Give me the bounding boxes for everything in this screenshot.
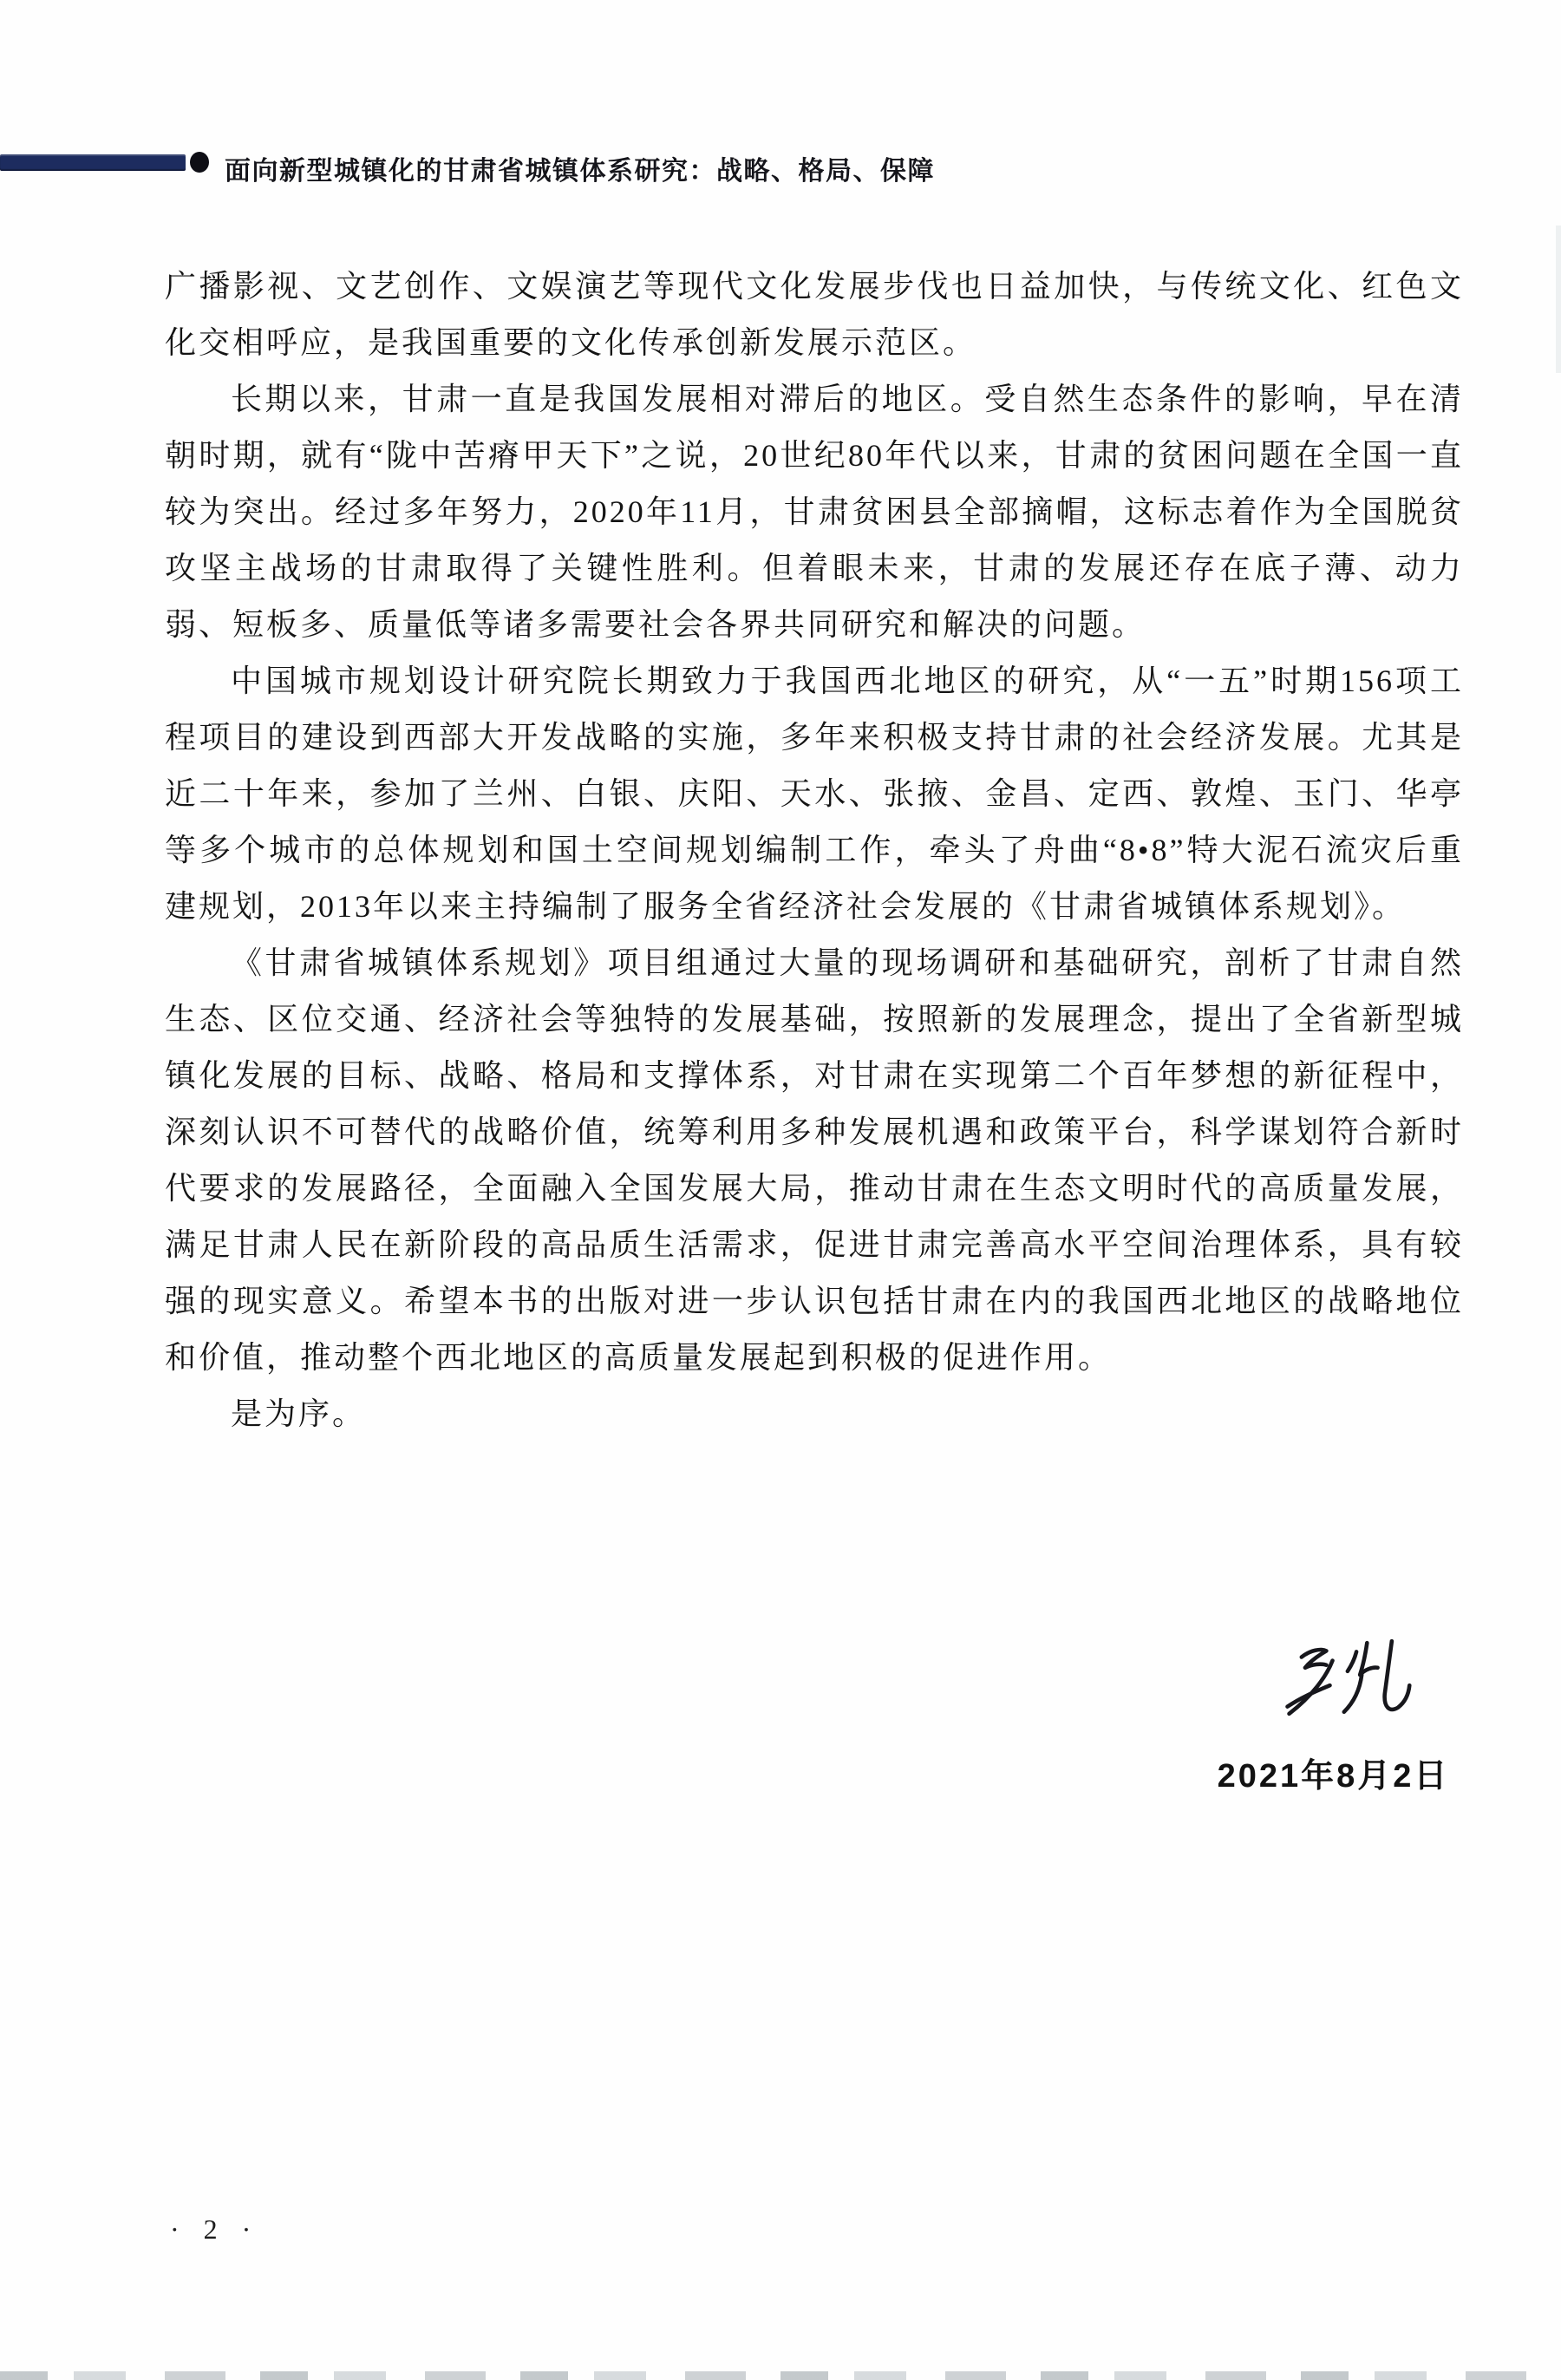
preface-body: 广播影视、文艺创作、文娱演艺等现代文化发展步伐也日益加快，与传统文化、红色文化交… xyxy=(165,258,1464,1442)
paragraph-2: 长期以来，甘肃一直是我国发展相对滞后的地区。受自然生态条件的影响，早在清朝时期，… xyxy=(165,371,1464,653)
signature-block xyxy=(1282,1634,1424,1723)
bullet-icon xyxy=(190,152,209,173)
paragraph-5: 是为序。 xyxy=(165,1386,1464,1442)
handwritten-signature-icon xyxy=(1282,1634,1424,1723)
paragraph-4: 《甘肃省城镇体系规划》项目组通过大量的现场调研和基础研究，剖析了甘肃自然生态、区… xyxy=(165,935,1464,1386)
document-page: 面向新型城镇化的甘肃省城镇体系研究：战略、格局、保障 广播影视、文艺创作、文娱演… xyxy=(0,0,1561,2380)
running-head-title: 面向新型城镇化的甘肃省城镇体系研究：战略、格局、保障 xyxy=(225,149,935,187)
scan-artifact-bottom-strip xyxy=(0,2371,1561,2380)
signature-date: 2021年8月2日 xyxy=(1210,1749,1457,1796)
page-header: 面向新型城镇化的甘肃省城镇体系研究：战略、格局、保障 xyxy=(0,146,1561,186)
scan-artifact-right-edge xyxy=(1556,226,1561,373)
page-number: · 2 · xyxy=(170,2213,259,2246)
paragraph-1: 广播影视、文艺创作、文娱演艺等现代文化发展步伐也日益加快，与传统文化、红色文化交… xyxy=(165,258,1464,371)
paragraph-3: 中国城市规划设计研究院长期致力于我国西北地区的研究，从“一五”时期156项工程项… xyxy=(165,653,1464,935)
header-bar xyxy=(0,154,186,171)
